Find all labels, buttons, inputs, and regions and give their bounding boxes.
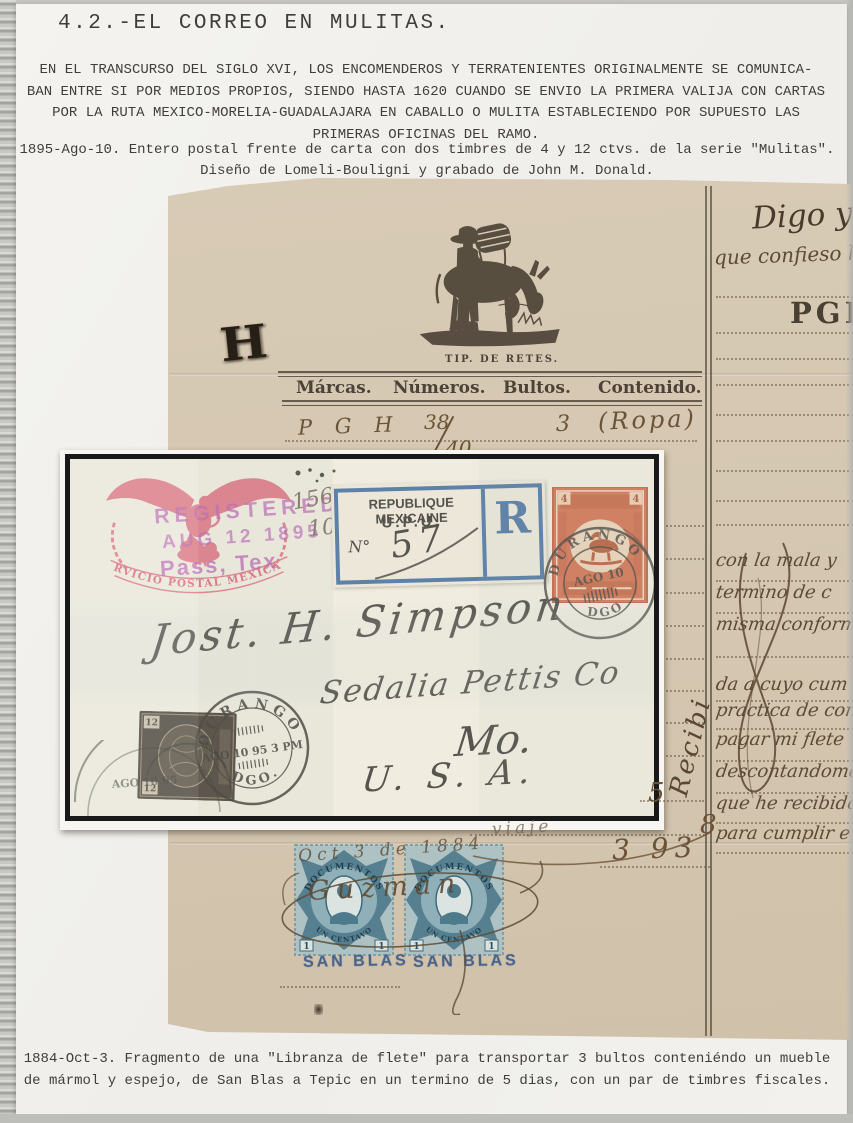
mule-engraving [402,206,570,352]
dotted-line [716,524,853,526]
intro-paragraph: EN EL TRANSCURSO DEL SIGLO XVI, LOS ENCO… [18,60,834,146]
ink-specks [292,465,342,487]
hand-mark-h: H [218,314,270,373]
amount-flourish [468,818,720,874]
dotted-line [716,332,853,334]
dotted-line [716,414,853,416]
cover-mount: SERVICIO POSTAL MEXICANO REGISTERED AUG … [60,450,664,830]
dotted-line [716,358,853,360]
right-column-heading: Digo y [751,195,853,236]
stamp-12-corner: 12 [145,717,158,728]
pgh-initials: PGH [790,296,853,330]
dotted-line [666,525,704,527]
column-header-marcas: Márcas. [296,378,372,398]
table-rule-bottom [282,400,702,406]
dotted-line [716,500,853,502]
table-row-line [285,440,697,442]
caption-line: de mármol y espejo, de San Blas a Tepic … [12,1070,842,1092]
intro-line: BAN ENTRE SI POR MEDIOS PROPIOS, SIENDO … [18,82,834,104]
column-header-bultos: Bultos. [503,378,571,398]
stamp-4-corner: 4 [561,494,568,505]
row-marcas-value: P G H [298,412,401,440]
sleeve-right-edge [846,0,853,1123]
caption-1895: 1895-Ago-10. Entero postal frente de car… [12,140,842,182]
table-rule-top [278,371,702,377]
column-header-contenido: Contenido. [598,378,702,398]
caption-line: 1884-Oct-3. Fragmento de una "Libranza d… [12,1048,842,1070]
row-contenido-value: (Ropa) [598,404,698,435]
right-column-line2: que confieso h [714,240,853,269]
dotted-line [716,384,853,386]
registration-label: REPUBLIQUE MEXICAINE U.P.U. N° 57 R [331,480,548,588]
dotted-line [716,440,853,442]
page-title: 4.2.-EL CORREO EN MULITAS. [58,12,451,35]
amount-n1: 5 [648,778,665,808]
printer-imprint: TIP. DE RETES. [445,354,559,365]
address-line-city: Sedalia Pettis Co [318,654,623,711]
exhibit-page: 4.2.-EL CORREO EN MULITAS. EN EL TRANSCU… [0,0,853,1123]
intro-line: POR LA RUTA MEXICO-MORELIA-GUADALAJARA E… [18,103,834,125]
row-bultos-value: 3 [556,412,570,437]
postmark-partial-arc: AGO 10 95 [70,740,250,820]
cds-day: AGO 10 [571,565,625,589]
dotted-line [716,470,853,472]
sleeve-bottom-edge [0,1114,853,1123]
cds-fragment: AGO 10 95 [110,773,178,791]
address-line-country: U. S. A. [360,751,539,800]
column-header-numeros: Números. [393,378,486,398]
dotted-line [716,296,853,298]
cover-frame: SERVICIO POSTAL MEXICANO REGISTERED AUG … [65,454,659,821]
caption-line: 1895-Ago-10. Entero postal frente de car… [12,140,842,161]
intro-line: EN EL TRANSCURSO DEL SIGLO XVI, LOS ENCO… [18,60,834,82]
caption-1884: 1884-Oct-3. Fragmento de una "Libranza d… [12,1048,842,1092]
label-number-flourish [368,524,489,583]
stamp-4-corner: 4 [632,494,639,505]
